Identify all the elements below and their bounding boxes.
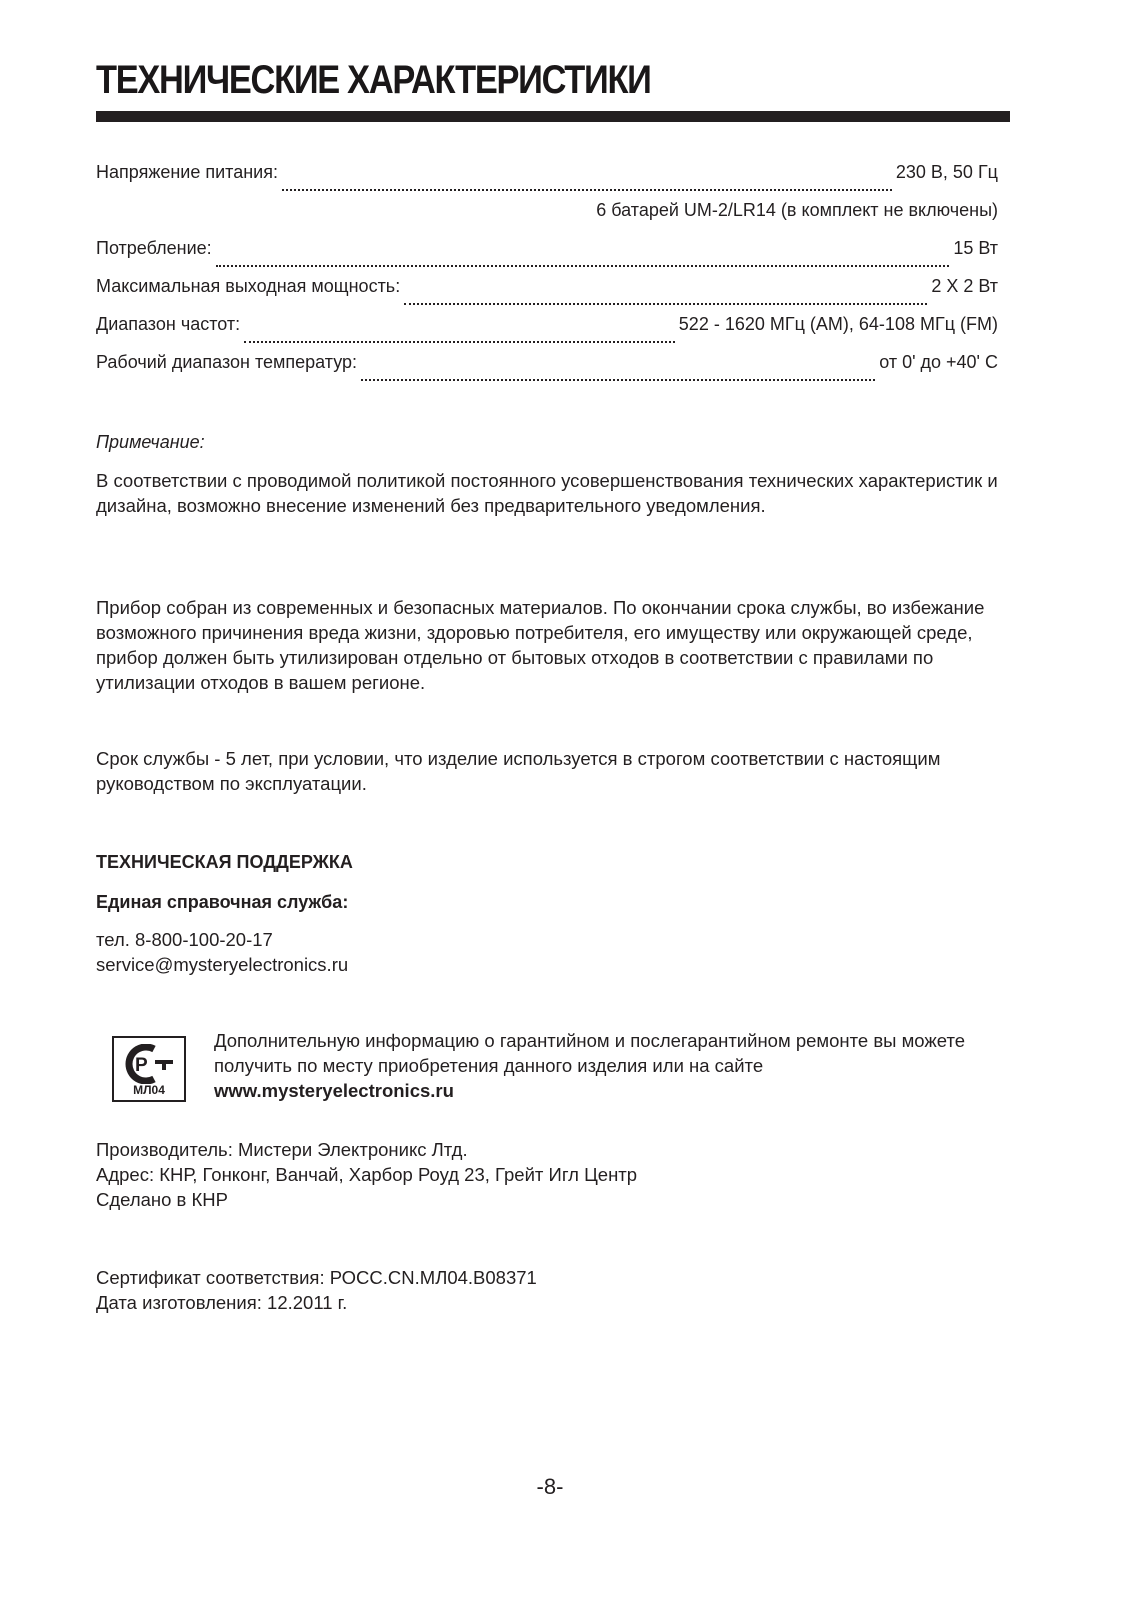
spec-row-temperature: Рабочий диапазон температур: от 0' до +4… bbox=[96, 350, 998, 388]
page-number: -8- bbox=[0, 1473, 1100, 1501]
spec-row-batteries: 6 батарей UM-2/LR14 (в комплект не включ… bbox=[96, 198, 998, 236]
spec-label: Максимальная выходная мощность: bbox=[96, 274, 400, 298]
note-text: В соответствии с проводимой политикой по… bbox=[96, 468, 1006, 518]
spec-row-consumption: Потребление: 15 Вт bbox=[96, 236, 998, 274]
dot-leader bbox=[361, 379, 875, 381]
spec-list: Напряжение питания: 230 В, 50 Гц 6 батар… bbox=[96, 160, 998, 388]
support-email[interactable]: service@mysteryelectronics.ru bbox=[96, 952, 348, 977]
dot-leader bbox=[216, 265, 950, 267]
manufacturer-info: Производитель: Мистери Электроникс Лтд. … bbox=[96, 1137, 637, 1212]
support-subtitle: Единая справочная служба: bbox=[96, 890, 348, 914]
spec-label: Диапазон частот: bbox=[96, 312, 240, 336]
lifetime-text: Срок службы - 5 лет, при условии, что из… bbox=[96, 746, 1006, 796]
dot-leader bbox=[404, 303, 927, 305]
spec-value: 522 - 1620 МГц (АМ), 64-108 МГц (FM) bbox=[679, 312, 998, 336]
support-title: ТЕХНИЧЕСКАЯ ПОДДЕРЖКА bbox=[96, 850, 353, 874]
support-contacts: тел. 8-800-100-20-17 service@mysteryelec… bbox=[96, 927, 348, 977]
svg-text:P: P bbox=[135, 1055, 148, 1076]
manufacturer-name: Производитель: Мистери Электроникс Лтд. bbox=[96, 1137, 637, 1162]
certificate-number: Сертификат соответствия: РОСС.CN.МЛ04.В0… bbox=[96, 1265, 537, 1290]
dot-leader bbox=[244, 341, 675, 343]
spec-row-voltage: Напряжение питания: 230 В, 50 Гц bbox=[96, 160, 998, 198]
manufacture-date: Дата изготовления: 12.2011 г. bbox=[96, 1290, 537, 1315]
spec-value: 15 Вт bbox=[953, 236, 998, 260]
spec-row-output-power: Максимальная выходная мощность: 2 X 2 Вт bbox=[96, 274, 998, 312]
warranty-info: Дополнительную информацию о гарантийном … bbox=[214, 1028, 1014, 1103]
note-title: Примечание: bbox=[96, 430, 205, 454]
spec-value: 2 X 2 Вт bbox=[931, 274, 998, 298]
rst-certification-icon: P bbox=[124, 1044, 176, 1084]
warranty-text: Дополнительную информацию о гарантийном … bbox=[214, 1030, 965, 1076]
materials-text: Прибор собран из современных и безопасны… bbox=[96, 595, 1006, 695]
title-rule bbox=[96, 111, 1010, 122]
manufacturer-address: Адрес: КНР, Гонконг, Ванчай, Харбор Роуд… bbox=[96, 1162, 637, 1187]
spec-label: Рабочий диапазон температур: bbox=[96, 350, 357, 374]
certification-mark: P МЛ04 bbox=[112, 1036, 186, 1102]
website-link[interactable]: www.mysteryelectronics.ru bbox=[214, 1078, 1014, 1103]
spec-value: 6 батарей UM-2/LR14 (в комплект не включ… bbox=[596, 198, 998, 222]
certificate-info: Сертификат соответствия: РОСС.CN.МЛ04.В0… bbox=[96, 1265, 537, 1315]
certification-code: МЛ04 bbox=[114, 1083, 184, 1097]
spec-row-frequency: Диапазон частот: 522 - 1620 МГц (АМ), 64… bbox=[96, 312, 998, 350]
spec-value: 230 В, 50 Гц bbox=[896, 160, 998, 184]
spec-label: Напряжение питания: bbox=[96, 160, 278, 184]
spec-label: Потребление: bbox=[96, 236, 212, 260]
country-of-origin: Сделано в КНР bbox=[96, 1187, 637, 1212]
page-title: ТЕХНИЧЕСКИЕ ХАРАКТЕРИСТИКИ bbox=[96, 56, 651, 104]
support-phone: тел. 8-800-100-20-17 bbox=[96, 927, 348, 952]
spec-value: от 0' до +40' С bbox=[879, 350, 998, 374]
dot-leader bbox=[282, 189, 892, 191]
